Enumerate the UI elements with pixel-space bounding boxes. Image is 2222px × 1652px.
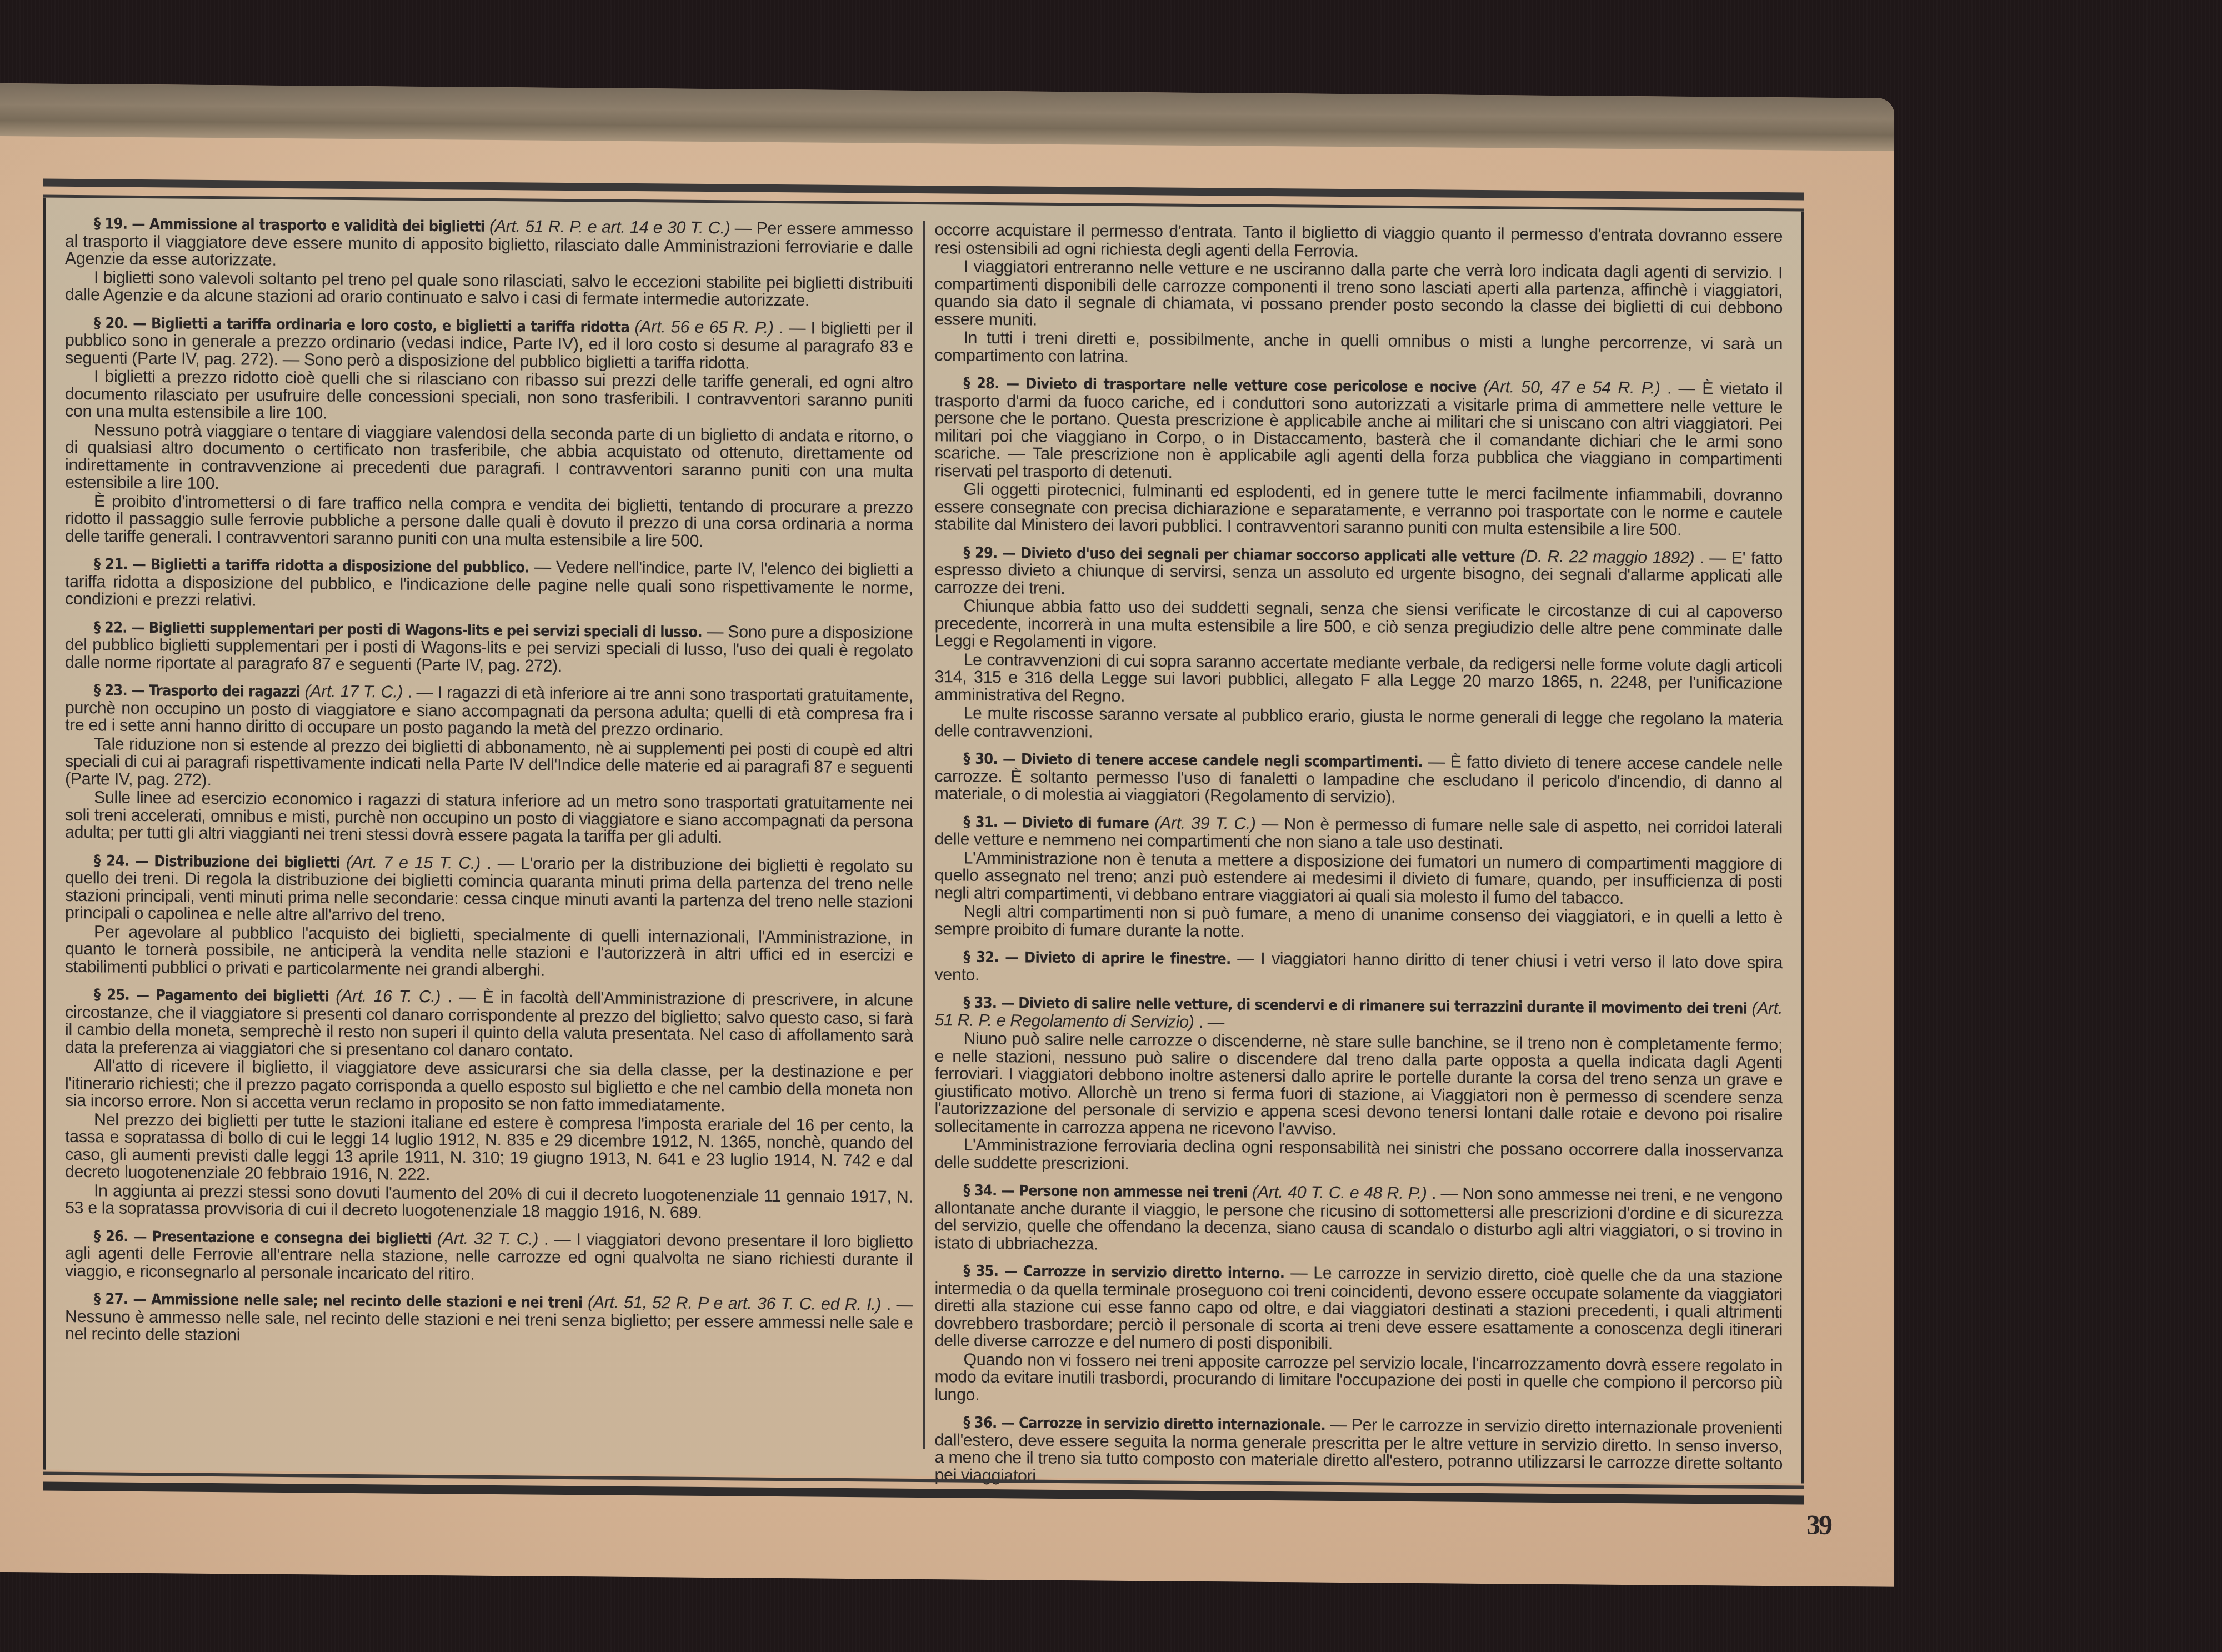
page-stack-edge <box>0 83 1894 151</box>
section-reference: (Art. 16 T. C.) <box>336 987 441 1006</box>
section-paragraph: Gli oggetti pirotecnici, fulminanti ed e… <box>935 480 1783 539</box>
regulation-section-s27: § 27. — Ammissione nelle sale; nel recin… <box>65 1290 913 1349</box>
section-paragraph: Le contravvenzioni di cui sopra saranno … <box>935 651 1783 710</box>
regulation-section-s33: § 33. — Divieto di salire nelle vetture,… <box>935 993 1783 1178</box>
section-reference: (Art. 40 T. C. e 48 R. P.) <box>1252 1183 1427 1203</box>
regulation-section-s32: § 32. — Divieto di aprire le finestre. —… <box>935 948 1783 990</box>
section-paragraph: L'Amministrazione ferroviaria declina og… <box>935 1136 1783 1178</box>
section-heading: § 23. — Trasporto dei ragazzi <box>94 682 300 700</box>
right-column: occorre acquistare il permesso d'entrata… <box>925 221 1793 1455</box>
section-first-paragraph: § 22. — Biglietti supplementari per post… <box>65 618 913 677</box>
section-first-paragraph: § 29. — Divieto d'uso dei segnali per ch… <box>935 543 1783 603</box>
section-first-paragraph: § 23. — Trasporto dei ragazzi (Art. 17 T… <box>65 681 913 740</box>
book-page: § 19. — Ammissione al trasporto e validi… <box>0 83 1894 1587</box>
section-first-paragraph: § 28. — Divieto di trasportare nelle vet… <box>935 374 1783 486</box>
section-paragraph: Quando non vi fossero nei treni apposite… <box>935 1351 1783 1410</box>
regulation-section-s23: § 23. — Trasporto dei ragazzi (Art. 17 T… <box>65 681 913 848</box>
section-paragraph: Per agevolare al pubblico l'acquisto dei… <box>65 923 913 982</box>
page-number: 39 <box>1806 1509 1831 1541</box>
section-reference: (Art. 56 e 65 R. P.) <box>635 317 774 337</box>
regulation-section-s36: § 36. — Carrozze in servizio diretto int… <box>935 1413 1783 1490</box>
regulation-section-s22: § 22. — Biglietti supplementari per post… <box>65 618 913 677</box>
section-paragraph: L'Amministrazione non è tenuta a mettere… <box>935 849 1783 908</box>
section-reference: (D. R. 22 maggio 1892) <box>1520 547 1695 567</box>
section-paragraph: Niuno può salire nelle carrozze o discen… <box>935 1030 1783 1142</box>
section-reference: (Art. 32 T. C.) <box>437 1229 538 1248</box>
section-reference: (Art. 50, 47 e 54 R. P.) <box>1483 377 1660 397</box>
section-paragraph: In tutti i treni diretti e, possibilment… <box>935 329 1783 371</box>
section-paragraph: Sulle linee ad esercizio economico i rag… <box>65 789 913 848</box>
section-lead-text: . — <box>1194 1012 1224 1031</box>
section-first-paragraph: § 24. — Distribuzione dei biglietti (Art… <box>65 851 913 928</box>
section-lead-text: occorre acquistare il permesso d'entrata… <box>935 220 1783 260</box>
section-paragraph: È proibito d'intromettersi o di fare tra… <box>65 492 913 551</box>
section-paragraph: I viaggiatori entreranno nelle vetture e… <box>935 258 1783 334</box>
section-first-paragraph: § 25. — Pagamento dei biglietti (Art. 16… <box>65 985 913 1063</box>
regulation-section-s30: § 30. — Divieto di tenere accese candele… <box>935 749 1783 809</box>
regulation-section-s29: § 29. — Divieto d'uso dei segnali per ch… <box>935 543 1783 746</box>
section-paragraph: I biglietti sono valevoli soltanto pel t… <box>65 268 913 310</box>
regulation-section-s27-cont: occorre acquistare il permesso d'entrata… <box>935 221 1783 371</box>
section-reference: (Art. 51 R. P. e art. 14 e 30 T. C.) <box>489 217 730 237</box>
section-first-paragraph: § 35. — Carrozze in servizio diretto int… <box>935 1261 1783 1356</box>
section-first-paragraph: § 36. — Carrozze in servizio diretto int… <box>935 1413 1783 1490</box>
section-first-paragraph: § 27. — Ammissione nelle sale; nel recin… <box>65 1290 913 1349</box>
section-first-paragraph: § 31. — Divieto di fumare (Art. 39 T. C.… <box>935 813 1783 855</box>
regulation-section-s34: § 34. — Persone non ammesse nei treni (A… <box>935 1181 1783 1258</box>
section-paragraph: I biglietti a prezzo ridotto cioè quelli… <box>65 368 913 427</box>
section-first-paragraph: § 33. — Divieto di salire nelle vetture,… <box>935 993 1783 1035</box>
section-first-paragraph: § 20. — Biglietti a tariffa ordinaria e … <box>65 313 913 373</box>
section-first-paragraph: § 19. — Ammissione al trasporto e validi… <box>65 214 913 274</box>
top-double-rule <box>43 179 1804 212</box>
section-paragraph: Negli altri compartimenti non si può fum… <box>935 903 1783 944</box>
section-heading: § 31. — Divieto di fumare <box>964 813 1149 832</box>
regulation-section-s31: § 31. — Divieto di fumare (Art. 39 T. C.… <box>935 813 1783 944</box>
regulation-section-s25: § 25. — Pagamento dei biglietti (Art. 16… <box>65 985 913 1223</box>
section-paragraph: Tale riduzione non si estende al prezzo … <box>65 735 913 794</box>
section-reference: (Art. 17 T. C.) <box>305 682 403 701</box>
section-paragraph: Chiunque abbia fatto uso dei suddetti se… <box>935 597 1783 656</box>
regulation-section-s26: § 26. — Presentazione e consegna dei big… <box>65 1227 913 1286</box>
section-heading: § 32. — Divieto di aprire le finestre. <box>964 949 1231 968</box>
section-reference: (Art. 39 T. C.) <box>1154 813 1255 833</box>
section-first-paragraph: § 30. — Divieto di tenere accese candele… <box>935 749 1783 809</box>
section-first-paragraph: § 21. — Biglietti a tariffa ridotta a di… <box>65 555 913 614</box>
regulation-section-s35: § 35. — Carrozze in servizio diretto int… <box>935 1261 1783 1410</box>
section-reference: (Art. 7 e 15 T. C.) <box>346 852 481 872</box>
left-column: § 19. — Ammissione al trasporto e validi… <box>55 214 925 1449</box>
regulation-section-s20: § 20. — Biglietti a tariffa ordinaria e … <box>65 313 913 551</box>
section-paragraph: Nessuno potrà viaggiare o tentare di via… <box>65 421 913 498</box>
section-paragraph: In aggiunta ai prezzi stessi sono dovuti… <box>65 1182 913 1223</box>
section-paragraph: Le multe riscosse saranno versate al pub… <box>935 704 1783 746</box>
section-paragraph: Nel prezzo dei biglietti per tutte le st… <box>65 1110 913 1187</box>
regulation-section-s19: § 19. — Ammissione al trasporto e validi… <box>65 214 913 310</box>
regulation-section-s24: § 24. — Distribuzione dei biglietti (Art… <box>65 851 913 982</box>
regulation-section-s21: § 21. — Biglietti a tariffa ridotta a di… <box>65 555 913 614</box>
section-first-paragraph: § 32. — Divieto di aprire le finestre. —… <box>935 948 1783 990</box>
section-first-paragraph: § 34. — Persone non ammesse nei treni (A… <box>935 1181 1783 1258</box>
section-paragraph: All'atto di ricevere il biglietto, il vi… <box>65 1057 913 1116</box>
section-first-paragraph: § 26. — Presentazione e consegna dei big… <box>65 1227 913 1286</box>
regulation-section-s28: § 28. — Divieto di trasportare nelle vet… <box>935 374 1783 539</box>
two-column-body: § 19. — Ammissione al trasporto e validi… <box>55 214 1793 1456</box>
text-frame: § 19. — Ammissione al trasporto e validi… <box>43 198 1804 1484</box>
section-first-paragraph: occorre acquistare il permesso d'entrata… <box>935 221 1783 263</box>
